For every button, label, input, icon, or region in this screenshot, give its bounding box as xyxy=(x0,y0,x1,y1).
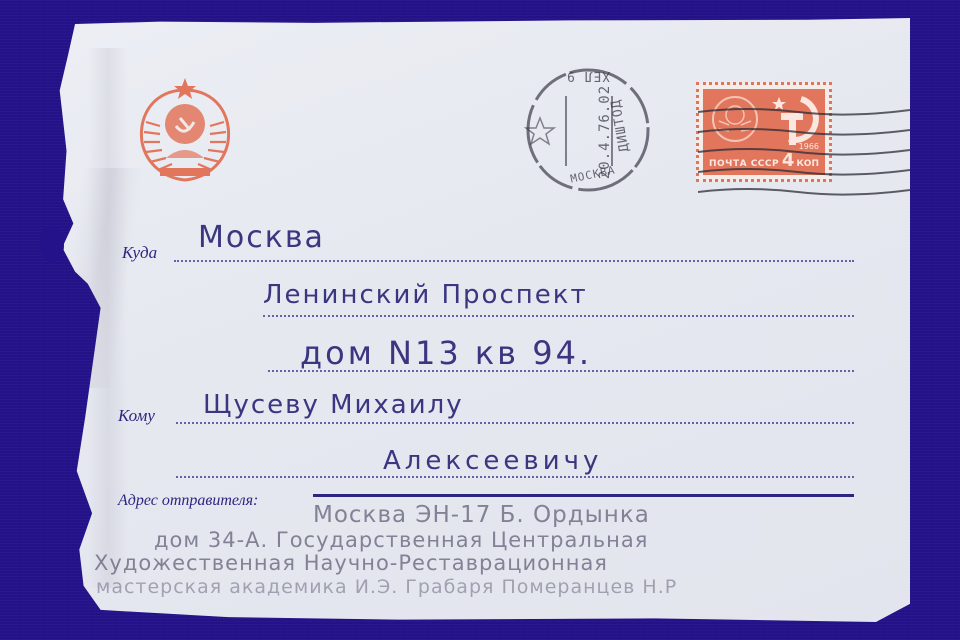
address-line-1 xyxy=(174,260,854,262)
sender-line-3: Художественная Научно-Реставрационная xyxy=(94,551,608,575)
recipient-name-line1: Щусеву Михаилу xyxy=(203,390,464,420)
envelope-tear xyxy=(40,226,64,262)
label-sender-address: Адрес отправителя: xyxy=(118,492,258,510)
envelope: ХЕЛ 9 20.4.76.02 ДИШТОД МОСКВА 1966 ПОЧТ… xyxy=(58,18,910,622)
recipient-city: Москва xyxy=(198,220,325,255)
ussr-coat-of-arms-icon xyxy=(130,76,240,188)
address-line-4 xyxy=(176,422,854,424)
recipient-street: Ленинский Проспект xyxy=(263,280,588,310)
recipient-name-line2: Алексеевичу xyxy=(383,446,602,476)
address-line-5 xyxy=(176,476,854,478)
label-to-where: Куда xyxy=(122,243,157,263)
recipient-house: дом N13 кв 94. xyxy=(300,334,592,372)
address-line-2 xyxy=(263,315,854,317)
sender-line xyxy=(313,494,854,497)
sender-line-4: мастерская академика И.Э. Грабаря Помера… xyxy=(96,576,677,598)
label-to-whom: Кому xyxy=(118,406,155,426)
sender-line-2: дом 34-А. Государственная Центральная xyxy=(154,528,648,552)
paper-crease xyxy=(53,168,144,388)
sender-line-1: Москва ЭН-17 Б. Ордынка xyxy=(313,502,650,528)
postmark-top-text: ХЕЛ 9 xyxy=(566,68,610,83)
cancellation-lines xyxy=(698,98,910,208)
